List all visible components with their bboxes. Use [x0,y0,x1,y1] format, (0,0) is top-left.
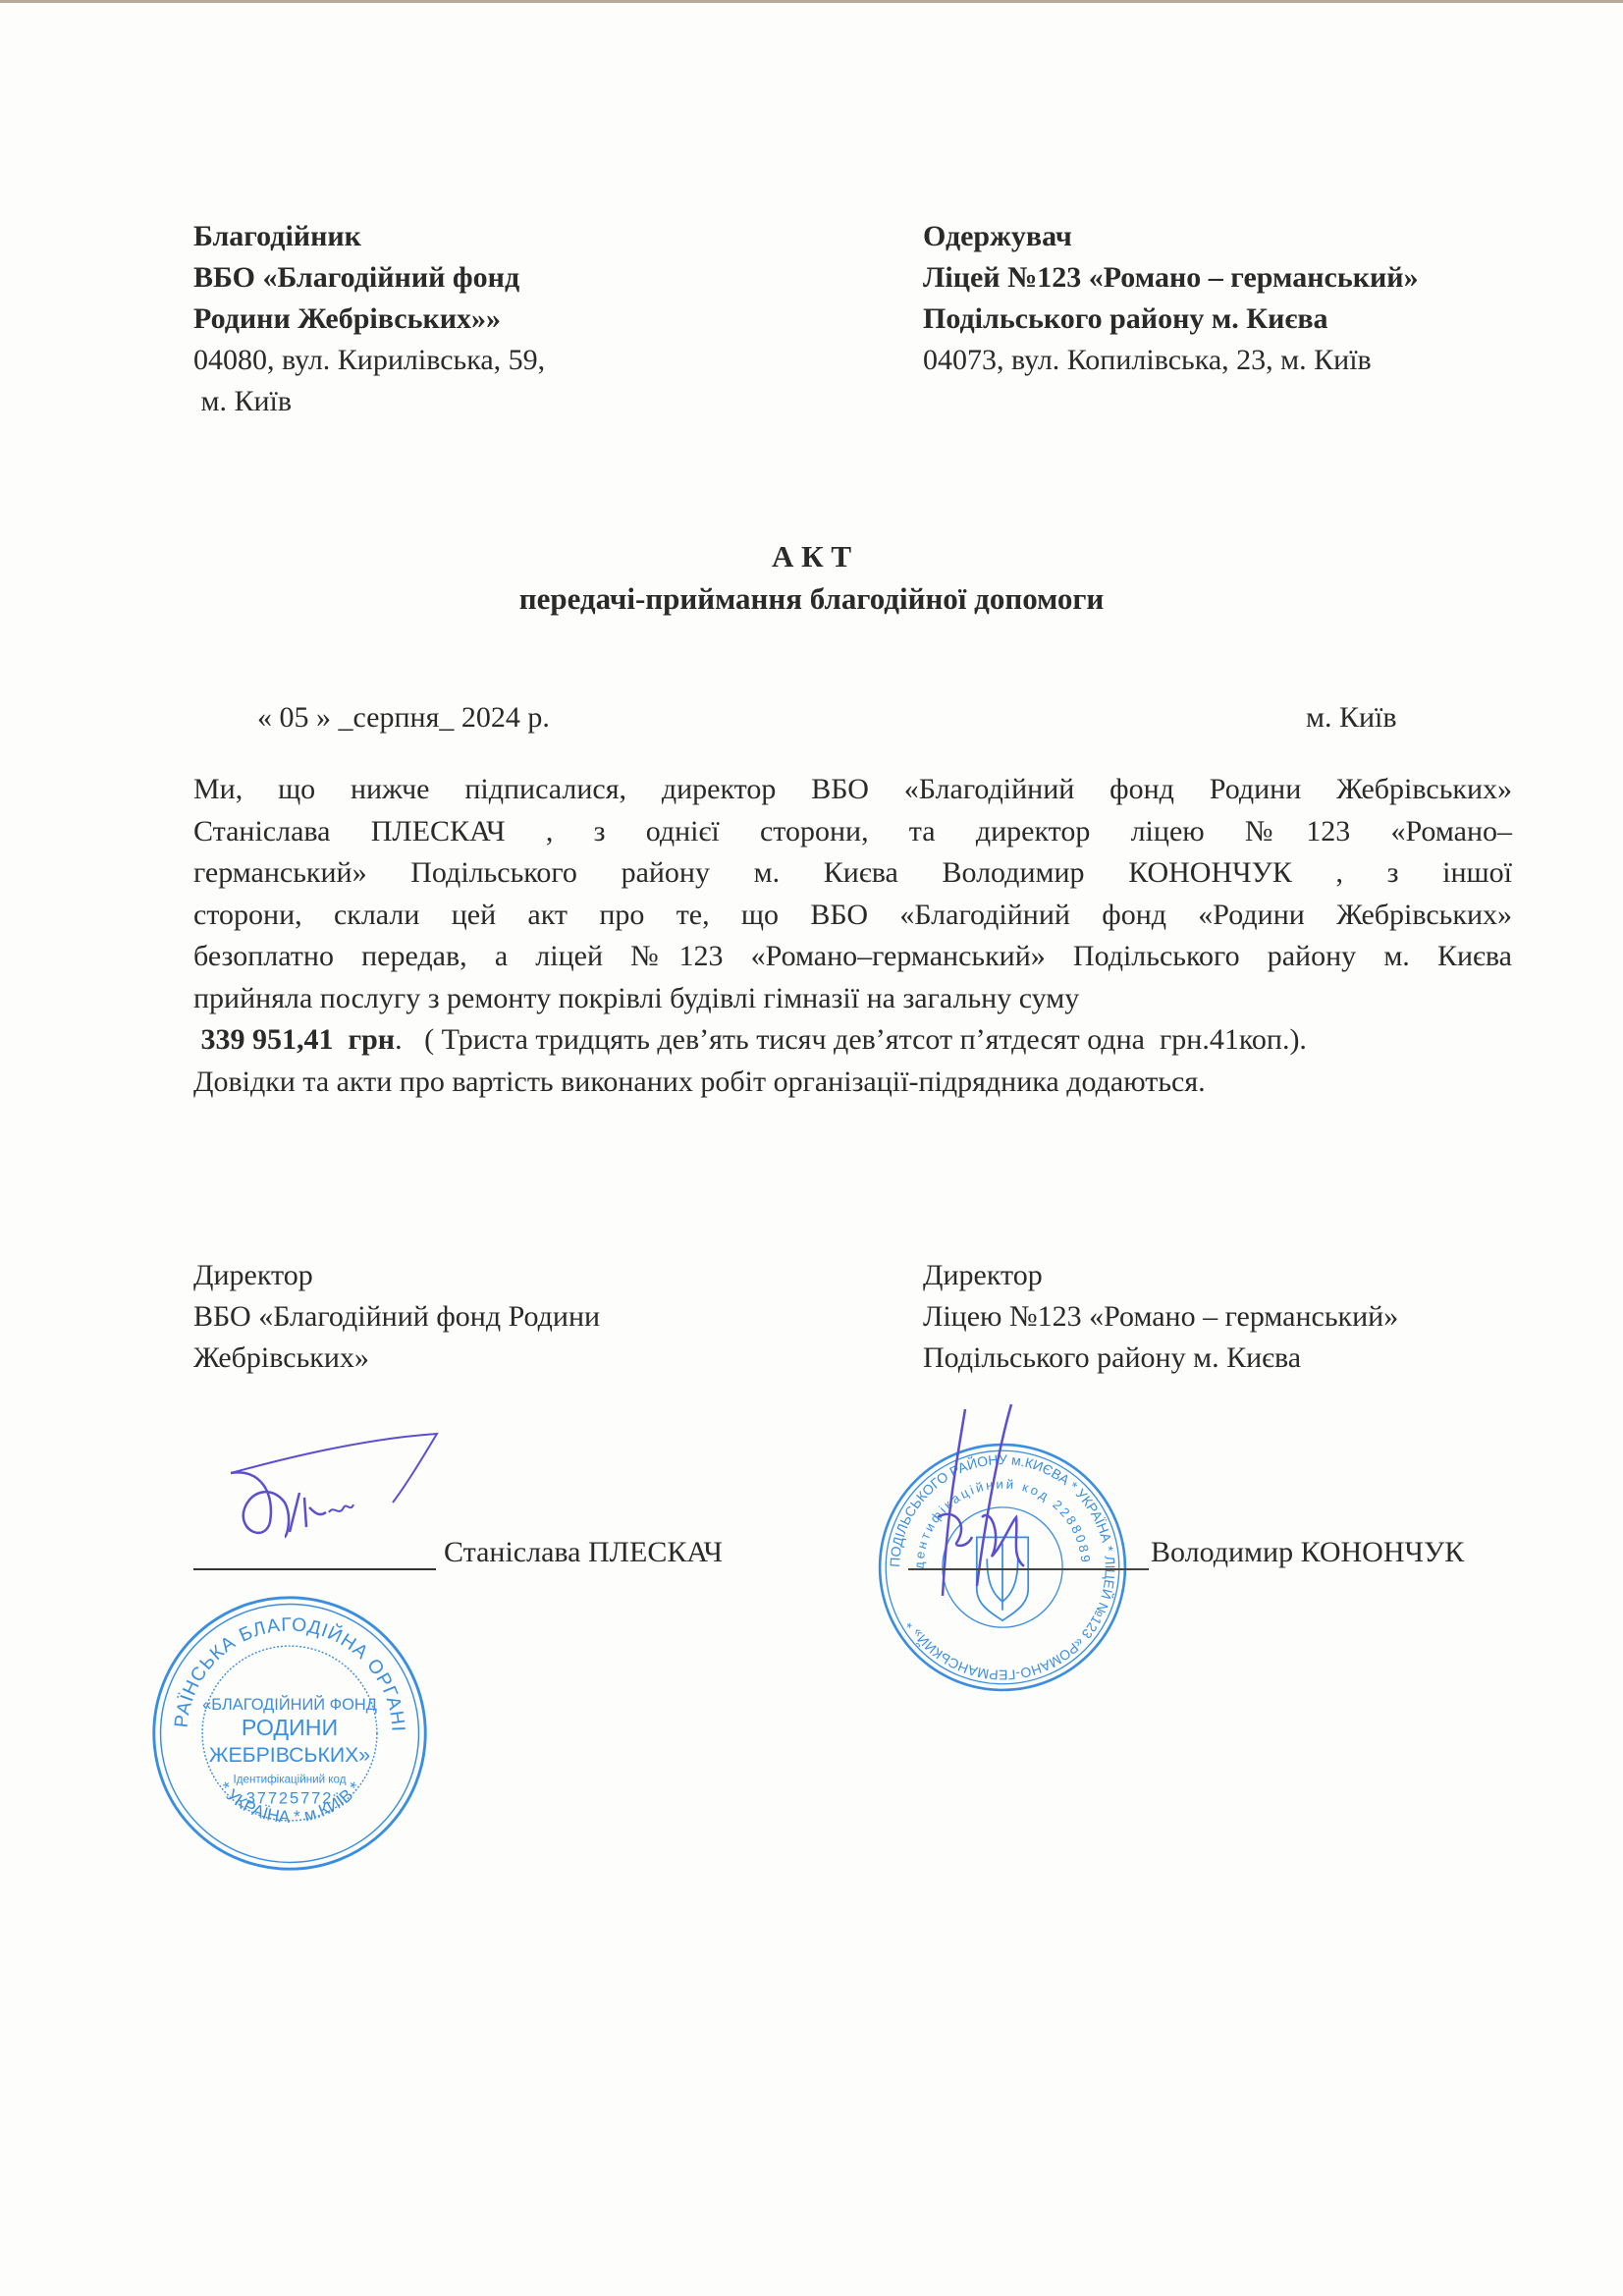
donor-block: Благодійник ВБО «Благодійний фонд Родини… [193,216,545,422]
donor-signer-org-line2: Жебрівських» [193,1338,600,1379]
body-line: Станіслава ПЛЕСКАЧ , з однієї сторони, т… [193,811,1512,853]
donor-label: Благодійник [193,216,545,257]
recipient-signer-name: Володимир КОНОНЧУК [1151,1532,1464,1573]
donor-name-line2: Родини Жебрівських»» [193,299,545,340]
amount-value: 339 951,41 грн [193,1023,395,1056]
recipient-signer-org-line1: Ліцею №123 «Романо – германський» [923,1296,1398,1338]
recipient-label: Одержувач [923,216,1419,257]
svg-text:РОДИНИ: РОДИНИ [242,1715,338,1740]
donor-signer-name: Станіслава ПЛЕСКАЧ [444,1532,723,1573]
recipient-address-line1: 04073, вул. Копилівська, 23, м. Київ [923,340,1419,381]
donor-signer-role: Директор [193,1255,600,1296]
donor-name-line1: ВБО «Благодійний фонд [193,257,545,299]
document-title: А К Т [0,535,1623,577]
recipient-block: Одержувач Ліцей №123 «Романо – германськ… [923,216,1419,381]
amount-in-words: . ( Триста тридцять дев’ять тисяч дев’ят… [395,1023,1307,1056]
svg-text:37725772: 37725772 [246,1790,334,1808]
body-line: германський» Подільського району м. Києв… [193,852,1512,895]
body-paragraph: Ми, що нижче підписалися, директор ВБО «… [193,769,1512,1103]
document-date: « 05 » _серпня_ 2024 р. [257,697,550,738]
body-line: Ми, що нижче підписалися, директор ВБО «… [193,769,1512,811]
svg-text:ЖЕБРІВСЬКИХ»: ЖЕБРІВСЬКИХ» [209,1743,370,1767]
scan-edge [0,0,1623,3]
donor-signature-icon [216,1414,471,1552]
amount-line: 339 951,41 грн. ( Триста тридцять дев’ят… [193,1019,1512,1062]
recipient-name-line2: Подільського району м. Києва [923,299,1419,340]
recipient-signature-icon [908,1399,1046,1606]
recipient-name-line1: Ліцей №123 «Романо – германський» [923,257,1419,299]
svg-text:«БЛАГОДІЙНИЙ ФОНД: «БЛАГОДІЙНИЙ ФОНД [202,1695,377,1714]
donor-signer-org-line1: ВБО «Благодійний фонд Родини [193,1296,600,1338]
attachments-note: Довідки та акти про вартість виконаних р… [193,1062,1512,1104]
donor-address-line1: 04080, вул. Кирилівська, 59, [193,340,545,381]
recipient-signer-role: Директор [923,1255,1398,1296]
donor-stamp: ВСЕУКРАЇНСЬКА БЛАГОДІЙНА ОРГАНІЗАЦІЯ * У… [147,1591,432,1876]
donor-signature-line [193,1568,436,1570]
donor-stamp-seal-icon: ВСЕУКРАЇНСЬКА БЛАГОДІЙНА ОРГАНІЗАЦІЯ * У… [147,1591,432,1876]
document-subtitle: передачі-приймання благодійної допомоги [0,577,1623,620]
body-line: сторони, склали цей акт про те, що ВБО «… [193,895,1512,937]
donor-signature-block: Директор ВБО «Благодійний фонд Родини Же… [193,1255,600,1379]
recipient-signature-line [908,1568,1149,1570]
body-line: безоплатно передав, а ліцей №123 «Романо… [193,936,1512,978]
svg-text:Ідентифікаційний код: Ідентифікаційний код [234,1773,347,1785]
donor-address-line2: м. Київ [193,381,545,422]
document-place: м. Київ [1306,697,1397,738]
recipient-signer-org-line2: Подільського району м. Києва [923,1338,1398,1379]
recipient-signature-block: Директор Ліцею №123 «Романо – германськи… [923,1255,1398,1379]
body-line: прийняла послугу з ремонту покрівлі буді… [193,978,1512,1020]
